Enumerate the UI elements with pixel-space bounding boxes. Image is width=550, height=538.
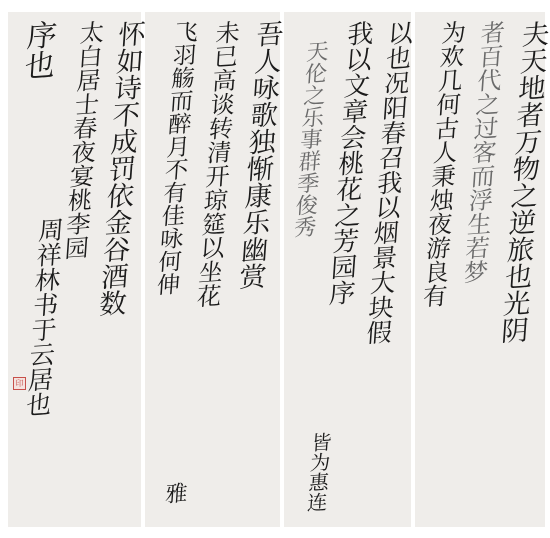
- text-column: 以也况阳春召我以烟景大块假: [372, 20, 404, 519]
- signature-column: 周祥林书于云居也: [30, 217, 56, 519]
- text-column: 怀如诗不成罚依金谷酒数: [104, 20, 134, 519]
- text-column: 者百代之过客而浮生若梦: [467, 20, 497, 519]
- calligraphy-text: 以也况阳春召我以烟景大块假: [364, 20, 412, 346]
- text-column: 雅: [159, 482, 189, 519]
- text-column: 吾人咏歌独惭康乐幽赏: [243, 20, 273, 519]
- scroll-panel-left: 怀如诗不成罚依金谷酒数 太白居士春夜宴桃李园 序也 周祥林书于云居也 印: [8, 12, 141, 527]
- text-column: 为欢几何古人秉烛夜游良有: [427, 20, 457, 519]
- text-column: 未已高谈转清开琼筵以坐花: [201, 20, 231, 519]
- calligraphy-text: 者百代之过客而浮生若梦: [461, 19, 504, 284]
- text-column: 天伦之乐事群季俊秀: [294, 40, 324, 347]
- text-column: 夫天地者万物之逆旅也光阴: [507, 20, 537, 519]
- calligraphy-text: 序也: [20, 19, 54, 81]
- calligraphy-text: 飞羽觞而醉月不有佳咏何伸: [153, 20, 196, 297]
- text-column: 皆为惠连: [306, 432, 330, 519]
- text-column: 序也: [22, 20, 52, 160]
- text-column: 我以文章会桃花之芳园序: [334, 20, 364, 407]
- signature-text: 周祥林书于云居也: [23, 216, 62, 417]
- scroll-panel-right: 夫天地者万物之逆旅也光阴 者百代之过客而浮生若梦 为欢几何古人秉烛夜游良有: [415, 12, 545, 527]
- scroll-panel-center-left: 吾人咏歌独惭康乐幽赏 未已高谈转清开琼筵以坐花 飞羽觞而醉月不有佳咏何伸 雅: [145, 12, 280, 527]
- calligraphy-text: 怀如诗不成罚依金谷酒数: [95, 19, 143, 317]
- seal-stamp: 印: [13, 377, 26, 390]
- calligraphy-text: 天伦之乐事群季俊秀: [291, 39, 327, 238]
- calligraphy-text: 雅: [162, 481, 186, 504]
- text-column: 太白居士春夜宴桃李园: [68, 20, 96, 519]
- calligraphy-text: 未已高谈转清开琼筵以坐花: [194, 20, 238, 309]
- calligraphy-text: 太白居士春夜宴桃李园: [61, 19, 102, 260]
- calligraphy-text: 为欢几何古人秉烛夜游良有: [420, 20, 464, 309]
- calligraphy-text: 吾人咏歌独惭康乐幽赏: [235, 19, 281, 290]
- scroll-panel-center-right: 以也况阳春召我以烟景大块假 我以文章会桃花之芳园序 天伦之乐事群季俊秀 皆为惠连: [284, 12, 411, 527]
- calligraphy-text: 夫天地者万物之逆旅也光阴: [497, 19, 547, 344]
- text-column: 飞羽觞而醉月不有佳咏何伸: [159, 20, 189, 467]
- calligraphy-text: 皆为惠连: [305, 431, 331, 512]
- calligraphy-text: 我以文章会桃花之芳园序: [326, 19, 372, 306]
